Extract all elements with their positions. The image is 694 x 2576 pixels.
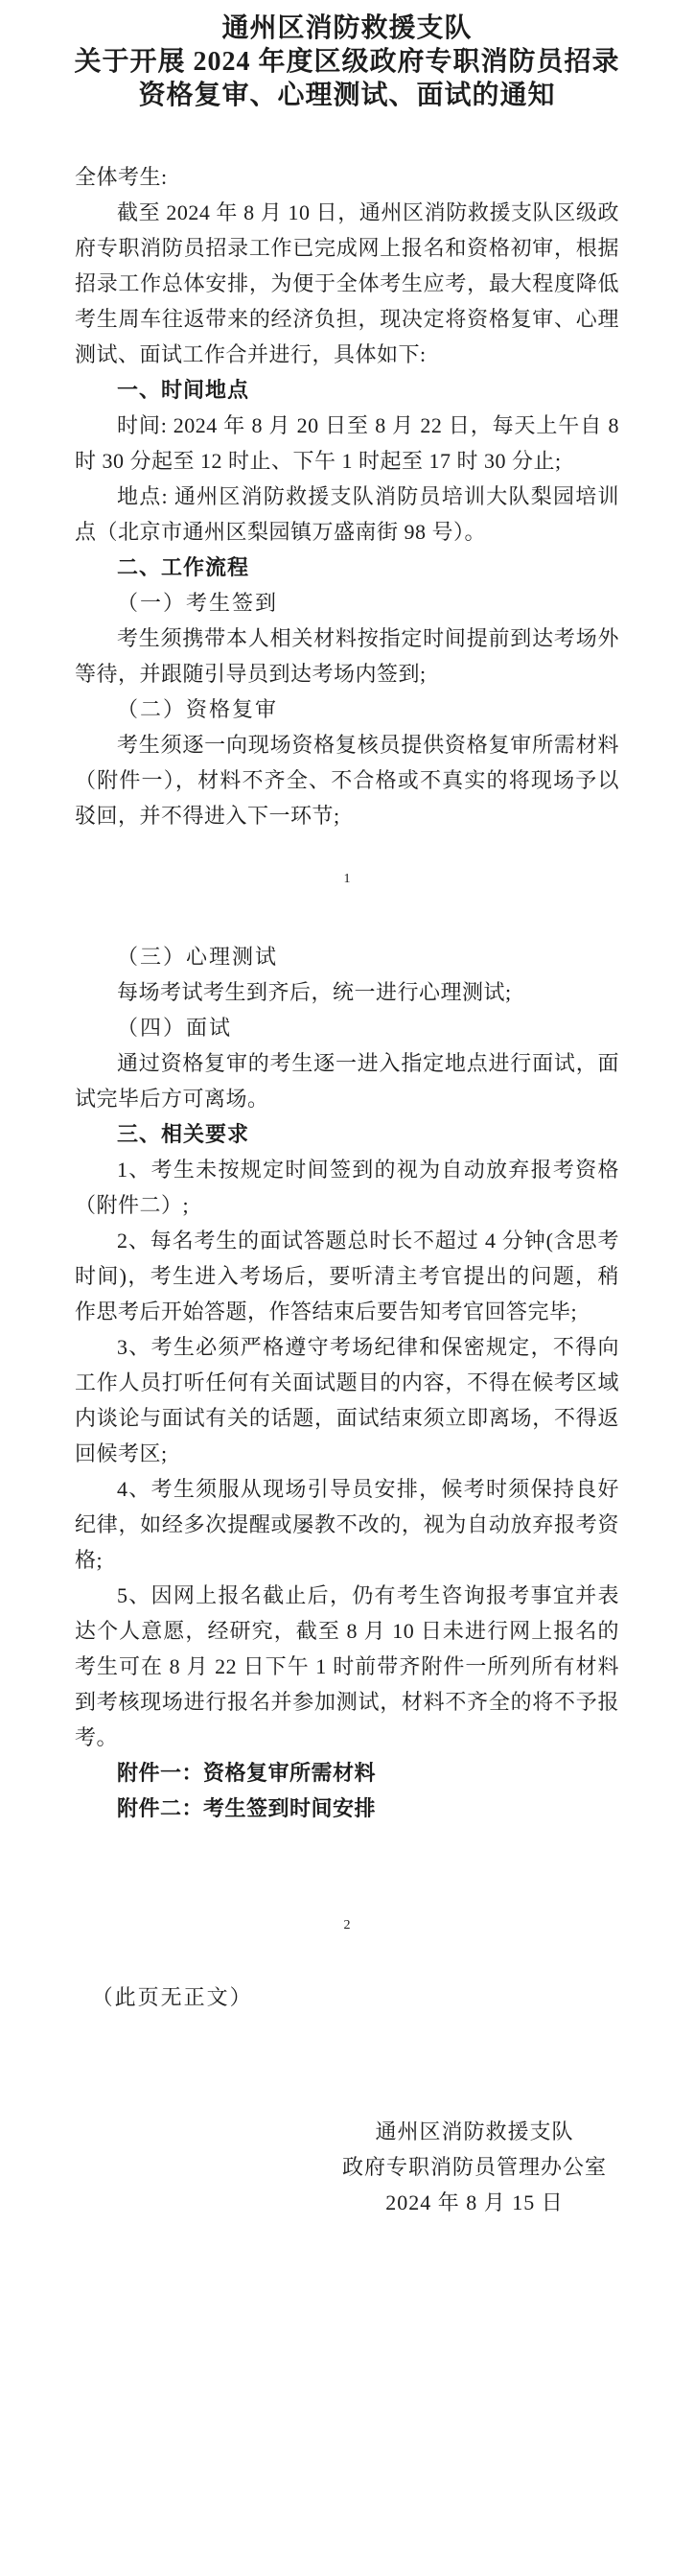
signature-org-line-1: 通州区消防救援支队	[319, 2114, 630, 2149]
section-3-heading: 三、相关要求	[75, 1116, 619, 1152]
section-1-time: 时间: 2024 年 8 月 20 日至 8 月 22 日，每天上午自 8 时 …	[75, 408, 619, 479]
section-2-sub-3-body: 每场考试考生到齐后，统一进行心理测试;	[75, 974, 619, 1010]
attachment-line-2: 附件二：考生签到时间安排	[75, 1791, 619, 1826]
requirement-item-1: 1、考生未按规定时间签到的视为自动放弃报考资格（附件二）;	[75, 1152, 619, 1223]
section-2-sub-1-title: （一）考生签到	[75, 585, 619, 621]
title-line-3: 资格复审、心理测试、面试的通知	[0, 79, 694, 112]
section-1-heading: 一、时间地点	[75, 372, 619, 408]
document-body: 全体考生: 截至 2024 年 8 月 10 日，通州区消防救援支队区级政府专职…	[0, 159, 694, 2220]
title-line-1: 通州区消防救援支队	[0, 12, 694, 45]
requirement-item-2: 2、每名考生的面试答题总时长不超过 4 分钟(含思考时间)，考生进入考场后，要听…	[75, 1223, 619, 1329]
requirement-item-3: 3、考生必须严格遵守考场纪律和保密规定，不得向工作人员打听任何有关面试题目的内容…	[75, 1329, 619, 1471]
signature-block: 通州区消防救援支队 政府专职消防员管理办公室 2024 年 8 月 15 日	[319, 2114, 630, 2220]
section-1-location: 地点: 通州区消防救援支队消防员培训大队梨园培训点（北京市通州区梨园镇万盛南街 …	[75, 479, 619, 550]
section-2-sub-2-title: （二）资格复审	[75, 691, 619, 727]
requirement-item-5: 5、因网上报名截止后，仍有考生咨询报考事宜并表达个人意愿，经研究，截至 8 月 …	[75, 1578, 619, 1755]
signature-date: 2024 年 8 月 15 日	[319, 2185, 630, 2220]
no-text-on-page-note: （此页无正文）	[75, 1979, 619, 2015]
section-2-sub-2-body: 考生须逐一向现场资格复核员提供资格复审所需材料（附件一），材料不齐全、不合格或不…	[75, 727, 619, 833]
page-number-1: 1	[75, 861, 619, 897]
signature-org-line-2: 政府专职消防员管理办公室	[319, 2149, 630, 2185]
section-2-sub-1-body: 考生须携带本人相关材料按指定时间提前到达考场外等待，并跟随引导员到达考场内签到;	[75, 621, 619, 691]
attachment-line-1: 附件一：资格复审所需材料	[75, 1755, 619, 1791]
section-2-sub-4-title: （四）面试	[75, 1010, 619, 1045]
section-2-heading: 二、工作流程	[75, 550, 619, 585]
document-title: 通州区消防救援支队 关于开展 2024 年度区级政府专职消防员招录 资格复审、心…	[0, 0, 694, 112]
title-line-2: 关于开展 2024 年度区级政府专职消防员招录	[0, 45, 694, 79]
requirement-item-4: 4、考生须服从现场引导员安排，候考时须保持良好纪律，如经多次提醒或屡教不改的，视…	[75, 1471, 619, 1578]
section-2-sub-4-body: 通过资格复审的考生逐一进入指定地点进行面试，面试完毕后方可离场。	[75, 1045, 619, 1116]
notice-document: 通州区消防救援支队 关于开展 2024 年度区级政府专职消防员招录 资格复审、心…	[0, 0, 694, 2576]
intro-paragraph: 截至 2024 年 8 月 10 日，通州区消防救援支队区级政府专职消防员招录工…	[75, 195, 619, 372]
salutation: 全体考生:	[75, 159, 619, 195]
page-number-2: 2	[75, 1908, 619, 1943]
section-2-sub-3-title: （三）心理测试	[75, 939, 619, 974]
